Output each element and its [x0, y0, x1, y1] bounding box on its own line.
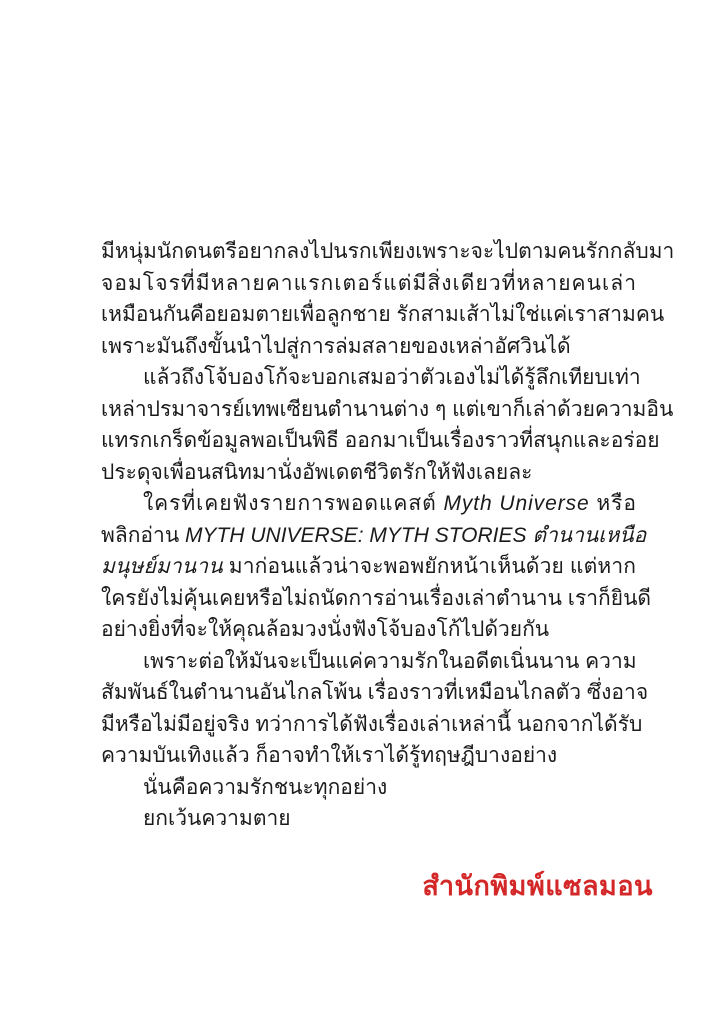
text-line: เหมือนกันคือยอมตายเพื่อลูกชาย รักสามเส้า…	[101, 299, 636, 331]
text-line: แล้วถึงโจ้บองโก้จะบอกเสมอว่าตัวเองไม่ได้…	[101, 362, 636, 394]
text-run: นั่นคือความรักชนะทุกอย่าง	[143, 776, 387, 799]
italic-title-text: MYTH UNIVERSE: MYTH STORIES ตำนานเหนือ	[185, 524, 646, 547]
text-run: อย่างยิ่งที่จะให้คุณล้อมวงนั่งฟังโจ้บองโ…	[101, 618, 549, 641]
text-line: แทรกเกร็ดข้อมูลพอเป็นพิธี ออกมาเป็นเรื่อ…	[101, 425, 636, 457]
text-line: จอมโจรที่มีหลายคาแรกเตอร์แต่มีสิ่งเดียวท…	[101, 268, 636, 300]
paragraph: มีหนุ่มนักดนตรีอยากลงไปนรกเพียงเพราะจะไป…	[101, 236, 636, 362]
text-run: ใครยังไม่คุ้นเคยหรือไม่ถนัดการอ่านเรื่อง…	[101, 587, 651, 610]
paragraph: นั่นคือความรักชนะทุกอย่าง	[101, 772, 636, 804]
text-run: ใครที่เคยฟังรายการพอดแคสต์	[143, 492, 443, 515]
text-line: พลิกอ่าน MYTH UNIVERSE: MYTH STORIES ตำน…	[101, 520, 636, 552]
text-run: มาก่อนแล้วน่าจะพอพยักหน้าเห็นด้วย แต่หาก	[223, 555, 636, 578]
text-run: เหล่าปรมาจารย์เทพเซียนตำนานต่าง ๆ แต่เขา…	[101, 398, 673, 421]
text-run: สัมพันธ์ในตำนานอันไกลโพ้น เรื่องราวที่เห…	[101, 681, 648, 704]
text-run: ความบันเทิงแล้ว ก็อาจทำให้เราได้รู้ทฤษฎี…	[101, 744, 557, 767]
text-line: ยกเว้นความตาย	[101, 803, 636, 835]
paragraph: เพราะต่อให้มันจะเป็นแค่ความรักในอดีตเนิ่…	[101, 646, 636, 772]
text-line: มีหนุ่มนักดนตรีอยากลงไปนรกเพียงเพราะจะไป…	[101, 236, 636, 268]
text-line: อย่างยิ่งที่จะให้คุณล้อมวงนั่งฟังโจ้บองโ…	[101, 614, 636, 646]
italic-title-text: Myth Universe	[443, 492, 589, 515]
text-line: นั่นคือความรักชนะทุกอย่าง	[101, 772, 636, 804]
paragraph: แล้วถึงโจ้บองโก้จะบอกเสมอว่าตัวเองไม่ได้…	[101, 362, 636, 488]
text-run: มีหรือไม่มีอยู่จริง ทว่าการได้ฟังเรื่องเ…	[101, 713, 642, 736]
text-line: เหล่าปรมาจารย์เทพเซียนตำนานต่าง ๆ แต่เขา…	[101, 394, 636, 426]
publisher-imprint: สำนักพิมพ์แซลมอน	[422, 869, 653, 903]
paragraph: ยกเว้นความตาย	[101, 803, 636, 835]
text-run: มีหนุ่มนักดนตรีอยากลงไปนรกเพียงเพราะจะไป…	[101, 240, 674, 263]
italic-title-text: มนุษย์มานาน	[101, 555, 223, 578]
paragraph: ใครที่เคยฟังรายการพอดแคสต์ Myth Universe…	[101, 488, 636, 646]
text-line: เพราะต่อให้มันจะเป็นแค่ความรักในอดีตเนิ่…	[101, 646, 636, 678]
text-line: ใครที่เคยฟังรายการพอดแคสต์ Myth Universe…	[101, 488, 636, 520]
body-text: มีหนุ่มนักดนตรีอยากลงไปนรกเพียงเพราะจะไป…	[101, 236, 636, 835]
text-run: หรือ	[590, 492, 637, 515]
text-line: มีหรือไม่มีอยู่จริง ทว่าการได้ฟังเรื่องเ…	[101, 709, 636, 741]
text-run: พลิกอ่าน	[101, 524, 185, 547]
text-run: เพราะมันถึงขั้นนำไปสู่การล่มสลายของเหล่า…	[101, 335, 571, 358]
text-run: ประดุจเพื่อนสนิทมานั่งอัพเดตชีวิตรักให้ฟ…	[101, 461, 532, 484]
text-run: จอมโจรที่มีหลายคาแรกเตอร์แต่มีสิ่งเดียวท…	[101, 272, 637, 295]
text-run: เพราะต่อให้มันจะเป็นแค่ความรักในอดีตเนิ่…	[143, 650, 637, 673]
text-run: เหมือนกันคือยอมตายเพื่อลูกชาย รักสามเส้า…	[101, 303, 664, 326]
text-line: ใครยังไม่คุ้นเคยหรือไม่ถนัดการอ่านเรื่อง…	[101, 583, 636, 615]
text-line: เพราะมันถึงขั้นนำไปสู่การล่มสลายของเหล่า…	[101, 331, 636, 363]
text-line: ประดุจเพื่อนสนิทมานั่งอัพเดตชีวิตรักให้ฟ…	[101, 457, 636, 489]
text-run: ยกเว้นความตาย	[143, 807, 291, 830]
text-run: แทรกเกร็ดข้อมูลพอเป็นพิธี ออกมาเป็นเรื่อ…	[101, 429, 660, 452]
text-run: แล้วถึงโจ้บองโก้จะบอกเสมอว่าตัวเองไม่ได้…	[143, 366, 641, 389]
text-line: สัมพันธ์ในตำนานอันไกลโพ้น เรื่องราวที่เห…	[101, 677, 636, 709]
text-line: มนุษย์มานาน มาก่อนแล้วน่าจะพอพยักหน้าเห็…	[101, 551, 636, 583]
book-page: มีหนุ่มนักดนตรีอยากลงไปนรกเพียงเพราะจะไป…	[0, 0, 711, 1024]
text-line: ความบันเทิงแล้ว ก็อาจทำให้เราได้รู้ทฤษฎี…	[101, 740, 636, 772]
